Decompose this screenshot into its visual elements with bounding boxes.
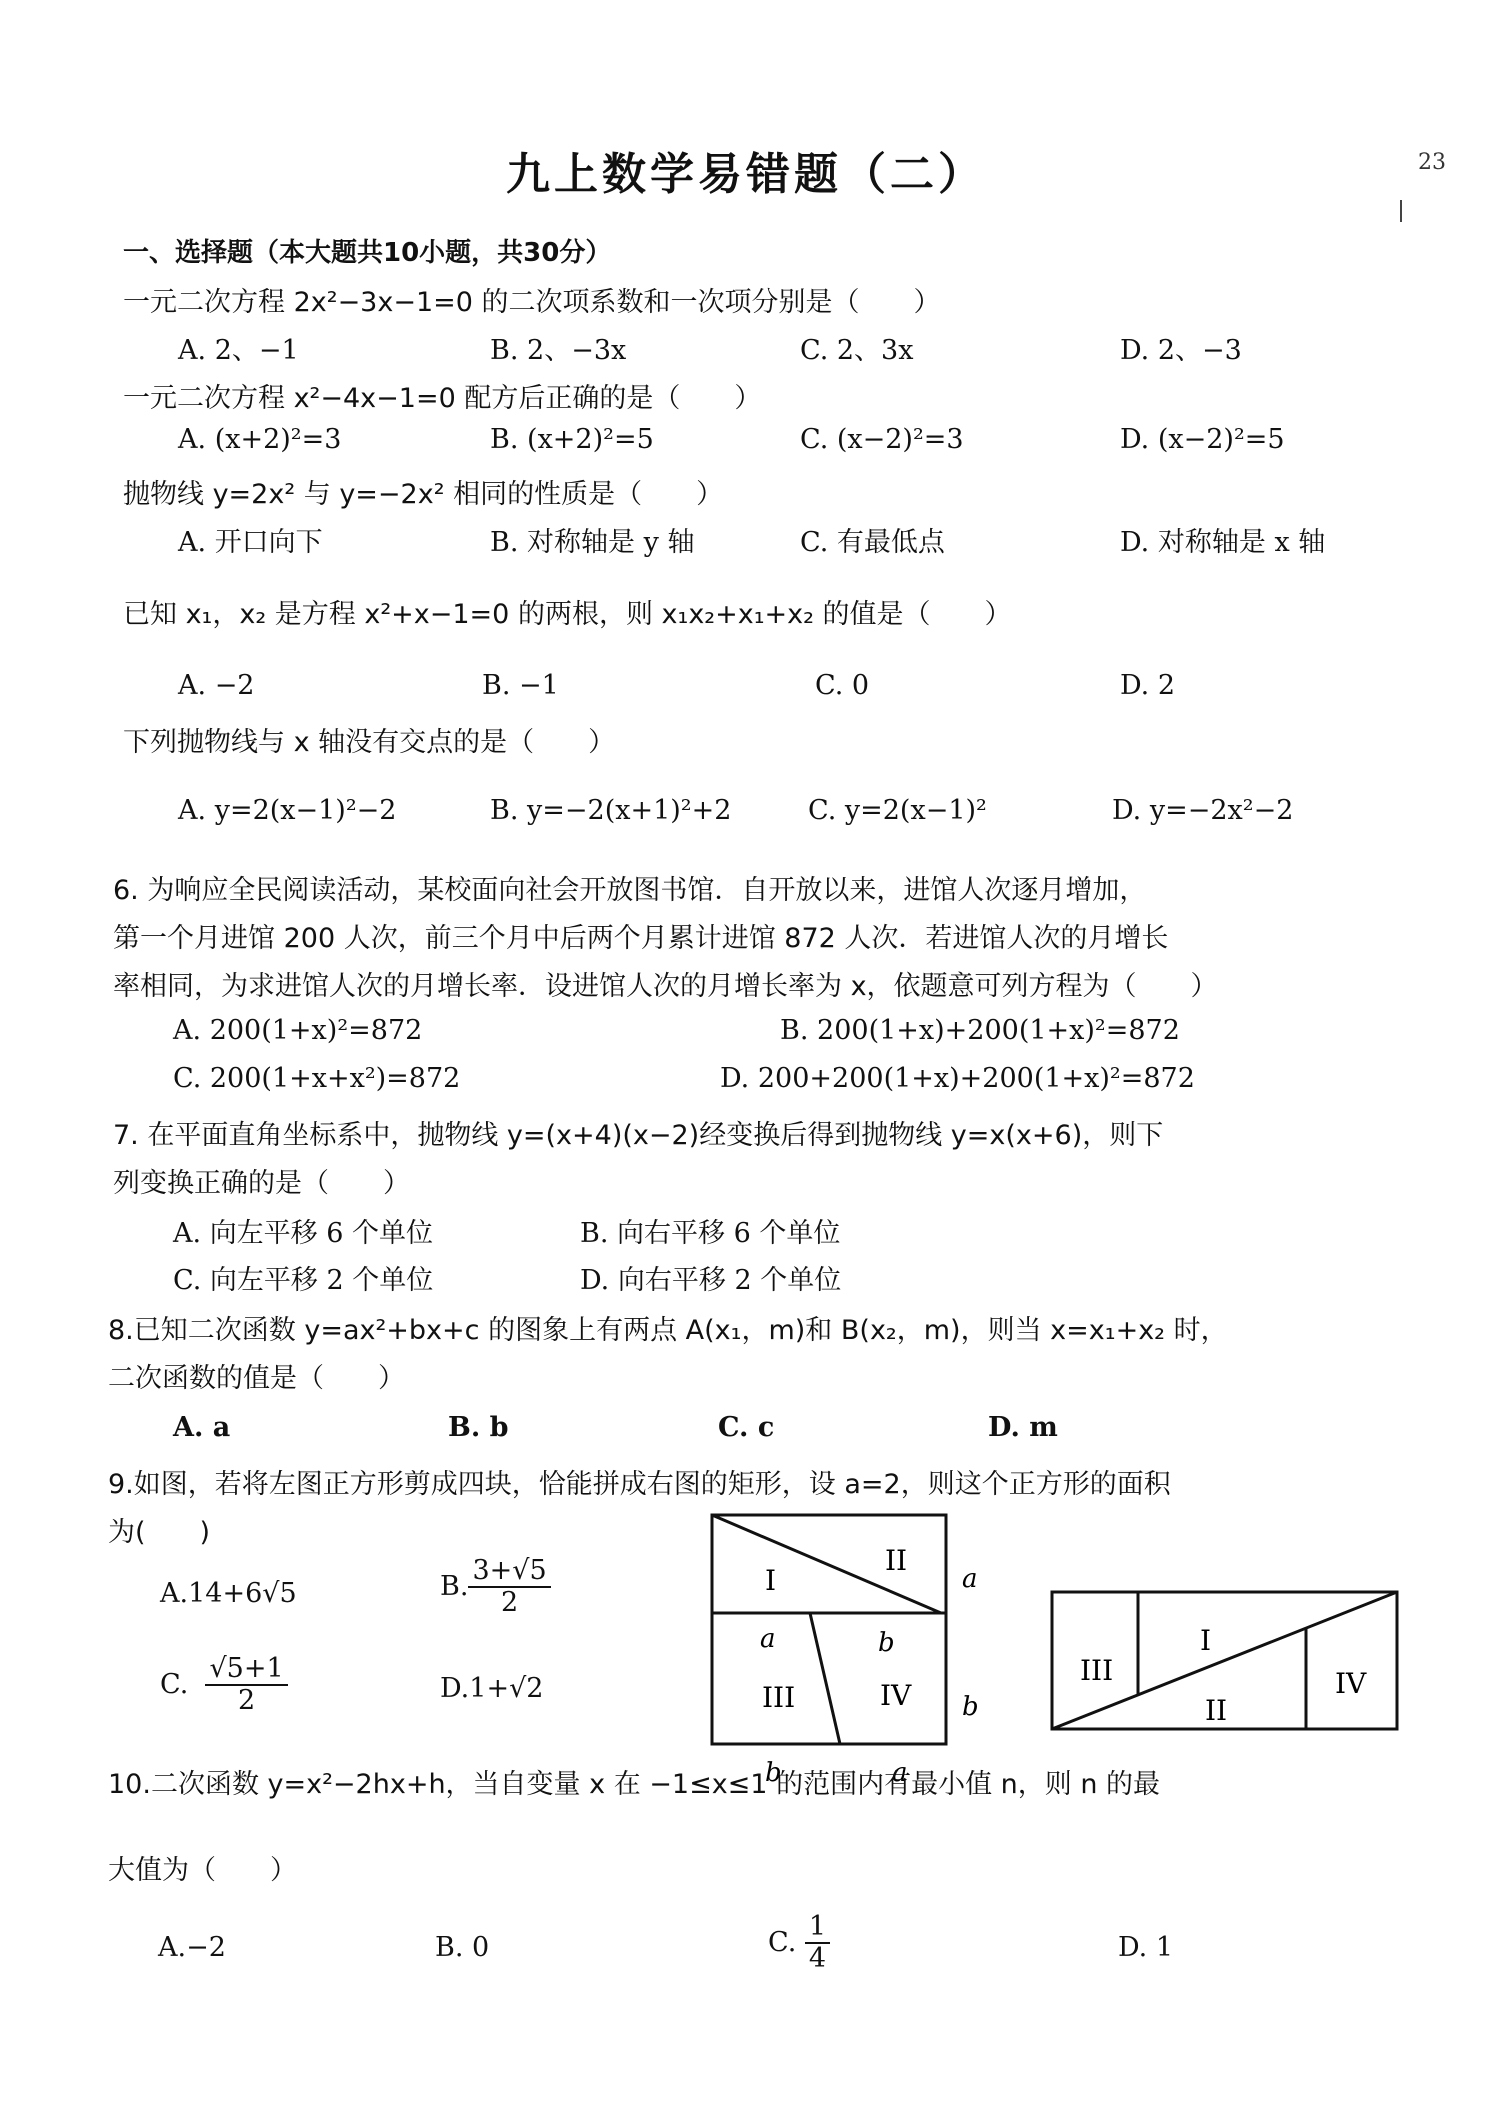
region-label-ii: II: [1205, 1694, 1227, 1727]
q1-option-d[interactable]: D. 2、−3: [1120, 328, 1242, 367]
q9-square-figure: I II III IV a b a b b a: [700, 1505, 1000, 1785]
q5-option-b[interactable]: B. y=−2(x+1)²+2: [490, 795, 731, 826]
q5-option-c[interactable]: C. y=2(x−1)²: [808, 795, 987, 826]
svg-text:b: b: [962, 1692, 979, 1722]
q8-option-b[interactable]: B. b: [448, 1412, 509, 1443]
q10-option-b[interactable]: B. 0: [435, 1932, 489, 1963]
question-8-stem-line-2: 二次函数的值是（ ）: [108, 1356, 405, 1395]
q4-option-c[interactable]: C. 0: [815, 670, 869, 701]
question-6-stem-line-3: 率相同，为求进馆人次的月增长率．设进馆人次的月增长率为 x，依题意可列方程为（ …: [113, 964, 1218, 1003]
q5-option-a[interactable]: A. y=2(x−1)²−2: [178, 795, 396, 826]
region-label-i: I: [765, 1564, 776, 1597]
q9-rectangle-figure: III I II IV: [1040, 1580, 1420, 1740]
question-9-stem-line-2: 为( ): [108, 1510, 210, 1549]
q4-option-d[interactable]: D. 2: [1120, 670, 1175, 701]
q2-option-c[interactable]: C. (x−2)²=3: [800, 424, 964, 455]
fraction: 14: [805, 1912, 830, 1973]
region-label-i: I: [1200, 1624, 1211, 1657]
question-3-stem: 抛物线 y=2x² 与 y=−2x² 相同的性质是（ ）: [123, 472, 723, 511]
fraction: √5+12: [205, 1654, 287, 1715]
q2-option-a[interactable]: A. (x+2)²=3: [178, 424, 341, 455]
q8-option-a[interactable]: A. a: [173, 1412, 230, 1443]
q2-option-b[interactable]: B. (x+2)²=5: [490, 424, 654, 455]
q7-option-d[interactable]: D. 向右平移 2 个单位: [580, 1258, 841, 1297]
q9-option-d[interactable]: D.1+√2: [440, 1673, 543, 1704]
page-corner-mark: 23: [1418, 150, 1446, 175]
q7-option-c[interactable]: C. 向左平移 2 个单位: [173, 1258, 433, 1297]
q6-option-d[interactable]: D. 200+200(1+x)+200(1+x)²=872: [720, 1063, 1195, 1094]
fraction: 3+√52: [468, 1556, 550, 1617]
q3-option-a[interactable]: A. 开口向下: [178, 520, 323, 559]
q1-option-c[interactable]: C. 2、3x: [800, 328, 913, 367]
q10-option-c[interactable]: C. 14: [768, 1912, 830, 1973]
q1-option-b[interactable]: B. 2、−3x: [490, 328, 626, 367]
q6-option-b[interactable]: B. 200(1+x)+200(1+x)²=872: [780, 1015, 1180, 1046]
region-label-iv: IV: [1335, 1667, 1367, 1700]
q6-option-c[interactable]: C. 200(1+x+x²)=872: [173, 1063, 460, 1094]
q9-option-b[interactable]: B.3+√52: [440, 1556, 551, 1617]
q1-option-a[interactable]: A. 2、−1: [178, 328, 299, 367]
q3-option-c[interactable]: C. 有最低点: [800, 520, 945, 559]
question-6-stem-line-2: 第一个月进馆 200 人次，前三个月中后两个月累计进馆 872 人次．若进馆人次…: [113, 916, 1168, 955]
q4-option-b[interactable]: B. −1: [482, 670, 559, 701]
q7-option-a[interactable]: A. 向左平移 6 个单位: [173, 1211, 433, 1250]
region-label-iv: IV: [880, 1679, 912, 1712]
q3-option-b[interactable]: B. 对称轴是 y 轴: [490, 520, 694, 559]
q9-option-a[interactable]: A.14+6√5: [160, 1578, 297, 1609]
question-4-stem: 已知 x₁，x₂ 是方程 x²+x−1=0 的两根，则 x₁x₂+x₁+x₂ 的…: [123, 592, 1012, 631]
svg-text:b: b: [878, 1628, 895, 1658]
question-1-stem: 一元二次方程 2x²−3x−1=0 的二次项系数和一次项分别是（ ）: [123, 280, 941, 319]
q10-option-a[interactable]: A.−2: [158, 1932, 226, 1963]
q5-option-d[interactable]: D. y=−2x²−2: [1112, 795, 1293, 826]
section-header: 一、选择题（本大题共10小题，共30分）: [123, 232, 611, 269]
page-title: 九上数学易错题（二）: [0, 138, 1492, 202]
q8-option-d[interactable]: D. m: [988, 1412, 1058, 1443]
q4-option-a[interactable]: A. −2: [178, 670, 255, 701]
question-10-stem-line-1: 10.二次函数 y=x²−2hx+h，当自变量 x 在 −1≤x≤1 的范围内有…: [108, 1762, 1160, 1801]
q8-option-c[interactable]: C. c: [718, 1412, 774, 1443]
question-8-stem-line-1: 8.已知二次函数 y=ax²+bx+c 的图象上有两点 A(x₁，m)和 B(x…: [108, 1308, 1228, 1347]
question-2-stem: 一元二次方程 x²−4x−1=0 配方后正确的是（ ）: [123, 376, 761, 415]
region-label-ii: II: [885, 1544, 907, 1577]
question-10-stem-line-2: 大值为（ ）: [108, 1848, 297, 1887]
svg-text:a: a: [962, 1564, 978, 1594]
question-7-stem-line-1: 7. 在平面直角坐标系中，抛物线 y=(x+4)(x−2)经变换后得到抛物线 y…: [113, 1113, 1163, 1152]
question-9-stem-line-1: 9.如图，若将左图正方形剪成四块，恰能拼成右图的矩形，设 a=2，则这个正方形的…: [108, 1462, 1171, 1501]
svg-text:a: a: [760, 1624, 776, 1654]
question-6-stem-line-1: 6. 为响应全民阅读活动，某校面向社会开放图书馆．自开放以来，进馆人次逐月增加，: [113, 868, 1146, 907]
scan-mark: [1400, 200, 1402, 222]
question-5-stem: 下列抛物线与 x 轴没有交点的是（ ）: [123, 720, 615, 759]
q6-option-a[interactable]: A. 200(1+x)²=872: [173, 1015, 422, 1046]
q10-option-d[interactable]: D. 1: [1118, 1932, 1173, 1963]
q9-option-c[interactable]: C. √5+12: [160, 1654, 288, 1715]
region-label-iii: III: [1080, 1654, 1113, 1687]
q2-option-d[interactable]: D. (x−2)²=5: [1120, 424, 1285, 455]
q3-option-d[interactable]: D. 对称轴是 x 轴: [1120, 520, 1325, 559]
region-label-iii: III: [762, 1681, 795, 1714]
question-7-stem-line-2: 列变换正确的是（ ）: [113, 1161, 410, 1200]
q7-option-b[interactable]: B. 向右平移 6 个单位: [580, 1211, 840, 1250]
